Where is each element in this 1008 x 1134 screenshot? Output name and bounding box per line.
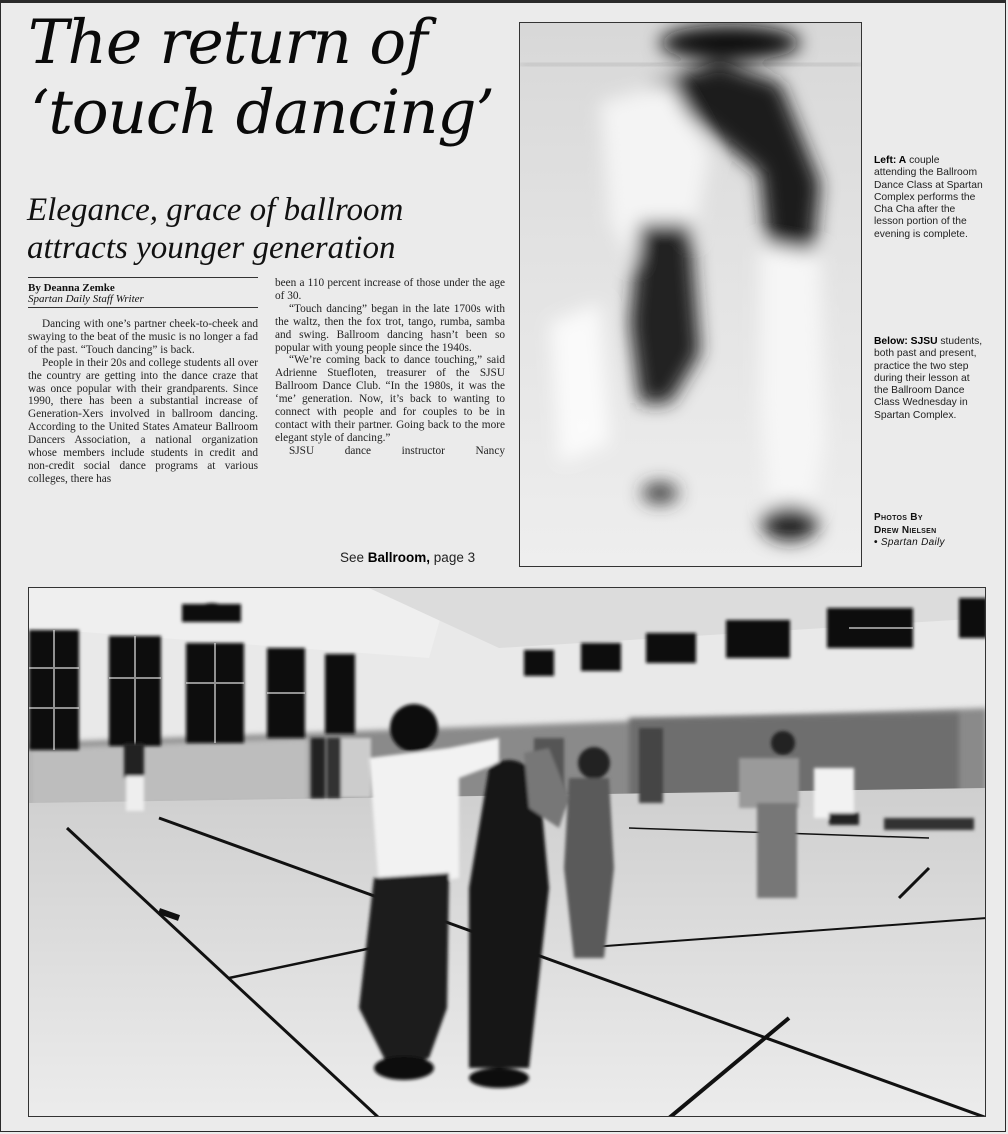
photo-credit-line-2: Drew Nielsen (874, 525, 994, 538)
paragraph: “Touch dancing” began in the late 1700s … (275, 303, 505, 355)
photo-gym-dance-class (28, 587, 986, 1117)
caption-left-text: couple attending the Ballroom Dance Clas… (874, 155, 983, 240)
headline-line-2: ‘touch dancing’ (28, 78, 508, 148)
photo-couple-dancing-image (520, 23, 862, 567)
photo-couple-dancing (519, 22, 862, 567)
subheadline: Elegance, grace of ballroom attracts you… (27, 191, 507, 267)
photo-credit-publication: Spartan Daily (881, 537, 945, 548)
photo-credit: Photos By Drew Nielsen • Spartan Daily (874, 512, 994, 550)
subheadline-line-1: Elegance, grace of ballroom (27, 191, 507, 229)
paragraph: SJSU dance instructor Nancy (275, 445, 505, 458)
headline: The return of ‘touch dancing’ (28, 8, 508, 148)
bullet-icon: • (874, 537, 878, 548)
paragraph: Dancing with one’s partner cheek-to-chee… (28, 318, 258, 357)
caption-below-lead: Below: SJSU (874, 336, 938, 347)
paragraph: “We’re coming back to dance touching,” s… (275, 354, 505, 444)
byline-rule-bottom (28, 307, 258, 308)
continued-jump-link[interactable]: See Ballroom, page 3 (340, 550, 475, 565)
photo-gym-dance-class-image (29, 588, 986, 1117)
paragraph: People in their 20s and college students… (28, 357, 258, 486)
headline-line-1: The return of (28, 8, 508, 78)
caption-below-photo: Below: SJSU students, both past and pres… (874, 336, 984, 422)
caption-left-lead: Left: A (874, 155, 906, 166)
paragraph: been a 110 percent increase of those und… (275, 277, 505, 303)
jump-target: Ballroom, (368, 550, 430, 565)
photo-credit-line-1: Photos By (874, 512, 994, 525)
subheadline-line-2: attracts younger generation (27, 229, 507, 267)
article-column-1: Dancing with one’s partner cheek-to-chee… (28, 318, 258, 486)
byline-role: Spartan Daily Staff Writer (28, 294, 258, 305)
byline: By Deanna Zemke Spartan Daily Staff Writ… (28, 283, 258, 305)
article-column-2: been a 110 percent increase of those und… (275, 277, 505, 458)
byline-rule-top (28, 277, 258, 278)
caption-below-text: students, both past and present, practic… (874, 336, 982, 421)
caption-left-photo: Left: A couple attending the Ballroom Da… (874, 155, 984, 241)
